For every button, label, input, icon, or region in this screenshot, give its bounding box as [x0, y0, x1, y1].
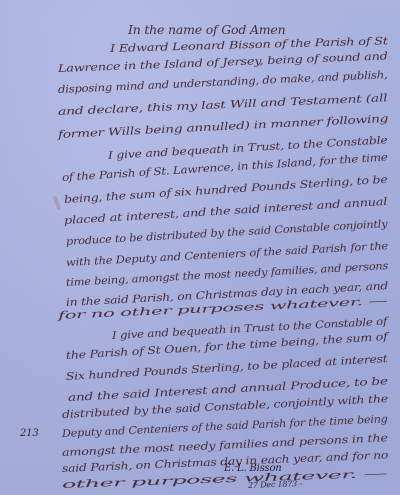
text-line: and declare, this my last Will and Testa…	[58, 92, 388, 118]
paper-stain	[53, 196, 62, 211]
document-title: In the name of God Amen	[128, 22, 285, 37]
signature-date: 27 Dec 1873 -	[248, 479, 302, 490]
manuscript-page: In the name of God Amen I Edward Leonard…	[0, 0, 400, 495]
margin-note: 213	[20, 428, 39, 439]
signature: E. L. Bisson	[224, 463, 282, 474]
